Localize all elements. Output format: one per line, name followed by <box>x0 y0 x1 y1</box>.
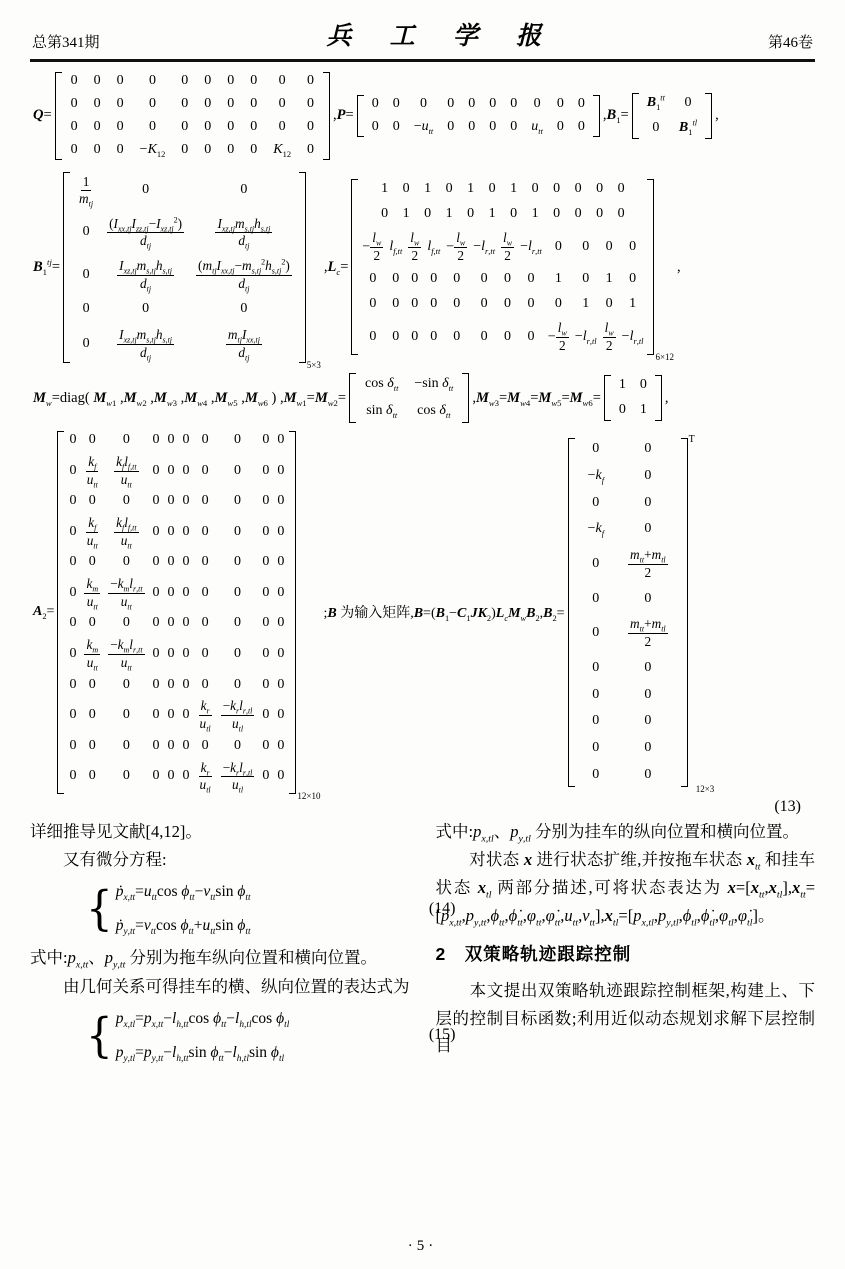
matrix-cell: 0 <box>273 758 288 796</box>
math-text: Mw=diag( Mw1 ,Mw2 ,Mw3 ,Mw4 ,Mw5 ,Mw6 ) … <box>33 390 346 407</box>
paragraph-where-tractor: 式中:px,tt、py,tt 分别为拖车纵向位置和横向位置。 <box>30 944 410 972</box>
matrix-cell: −kmlr,ttutt <box>104 574 148 612</box>
math-text: , <box>677 259 681 276</box>
matrix-cell: 0 <box>258 429 273 452</box>
matrix-cell: krutl <box>194 758 217 796</box>
matrix-body: 1mtj000(Ixx,tjIzz,tj−Ixz,tj2)dtjIxz,tjms… <box>71 170 298 366</box>
matrix-cell: kmutt <box>80 574 104 612</box>
matrix-cell: 0 <box>179 490 194 513</box>
matrix-cell: 0 <box>80 674 104 697</box>
matrix-cell: 0 <box>149 696 164 734</box>
matrix-cell: 1 <box>572 292 600 317</box>
matrix-cell: 0 <box>299 70 322 93</box>
matrix: 1001 <box>604 373 662 423</box>
matrix-cell: 0 <box>545 292 572 317</box>
matrix-cell: 0 <box>164 513 179 551</box>
matrix-cell: 0 <box>190 170 298 212</box>
left-column: 详细推导见文献[4,12]。 又有微分方程: { ṗx,tt=uttcos ϕt… <box>30 818 410 1071</box>
equation13-line-q-p-b1: Q=000000000000000000000000000000000−K120… <box>32 70 815 162</box>
matrix-cell: −krlr,tlutl <box>217 696 259 734</box>
right-bracket <box>681 438 688 787</box>
matrix-cell: 0 <box>616 708 680 735</box>
matrix-cell: 0 <box>424 292 443 317</box>
matrix-cell: 0 <box>196 93 219 116</box>
matrix-cell: −krlr,tlutl <box>217 758 259 796</box>
matrix-cell: 0 <box>258 735 273 758</box>
right-bracket <box>655 375 662 421</box>
matrix-cell: 0 <box>545 227 572 267</box>
matrix-cell: 0 <box>461 116 482 139</box>
matrix-cell: 0 <box>273 696 288 734</box>
matrix-dimensions: 12×3 <box>696 784 715 794</box>
matrix-cell: kfutt <box>80 452 104 490</box>
matrix-cell: 0 <box>470 317 498 357</box>
math-text: ,P= <box>333 107 354 124</box>
matrix: 00000000000kfuttkflf,ttutt00000000000000… <box>57 429 320 796</box>
matrix-cell: 0 <box>600 227 619 267</box>
matrix-cell: 0 <box>258 696 273 734</box>
matrix-cell: 0 <box>149 490 164 513</box>
matrix-cell: 0 <box>179 635 194 673</box>
right-bracket <box>647 179 654 355</box>
matrix-cell: 0 <box>65 513 80 551</box>
matrix-cell: 0 <box>86 116 109 139</box>
matrix-cell: 0 <box>109 93 132 116</box>
matrix-cell: 0 <box>164 551 179 574</box>
matrix-cell: 0 <box>498 292 517 317</box>
matrix-cell: −lr,tl <box>572 317 600 357</box>
math-text: , <box>715 107 719 124</box>
equation-13-number: (13) <box>30 798 815 816</box>
equation-15-lines: px,tl=px,tt−lh,ttcos ϕtt−lh,tlcos ϕtl py… <box>116 1006 290 1066</box>
matrix-cell: 0 <box>424 317 443 357</box>
matrix-cell: 0 <box>164 735 179 758</box>
matrix-cell: 0 <box>164 574 179 612</box>
matrix-cell: 0 <box>179 551 194 574</box>
matrix-cell: 0 <box>273 551 288 574</box>
matrix-body: 00−kf000−kf00mtt+mtl2000mtt+mtl200000000… <box>576 436 680 789</box>
matrix-cell: 0 <box>164 612 179 635</box>
matrix-cell: 0 <box>132 93 174 116</box>
matrix-cell: mtt+mtl2 <box>616 612 680 654</box>
matrix-cell: 0 <box>104 429 148 452</box>
equation-14-line-1: ṗx,tt=uttcos ϕtt−vttsin ϕtt <box>116 879 251 905</box>
equation-15-line-1: px,tl=px,tt−lh,ttcos ϕtt−lh,tlcos ϕtl <box>116 1006 290 1032</box>
matrix-cell: 0 <box>179 612 194 635</box>
matrix-cell: 0 <box>104 696 148 734</box>
matrix-cell: 0 <box>179 429 194 452</box>
matrix-cell: 0 <box>86 70 109 93</box>
matrix-cell: −kmlr,ttutt <box>104 635 148 673</box>
equation13-line-mw: Mw=diag( Mw1 ,Mw2 ,Mw3 ,Mw4 ,Mw5 ,Mw6 ) … <box>32 371 815 425</box>
matrix-transpose-mark: T <box>689 434 695 445</box>
journal-page: 总第341期 兵 工 学 报 第46卷 Q=000000000000000000… <box>0 0 845 1269</box>
equation-15: { px,tl=px,tt−lh,ttcos ϕtt−lh,tlcos ϕtl … <box>86 1006 466 1066</box>
page-header: 总第341期 兵 工 学 报 第46卷 <box>30 12 815 59</box>
equation-14-lines: ṗx,tt=uttcos ϕtt−vttsin ϕtt ṗy,tt=vttcos… <box>116 879 251 939</box>
volume-number: 第46卷 <box>768 31 813 52</box>
matrix-cell: 0 <box>104 551 148 574</box>
matrix-cell: −kf <box>576 516 616 543</box>
matrix-cell: 0 <box>65 735 80 758</box>
matrix-cell: 0 <box>273 574 288 612</box>
matrix-cell: 0 <box>386 317 405 357</box>
matrix-cell: 0 <box>258 574 273 612</box>
math-text: ,Mw3=Mw4=Mw5=Mw6= <box>472 390 601 407</box>
matrix-cell: 0 <box>242 93 265 116</box>
matrix-cell: 0 <box>258 452 273 490</box>
paragraph-geometry-intro: 由几何关系可得挂车的横、纵向位置的表达式为 <box>30 973 410 1001</box>
matrix-cell: −lr,tt <box>470 227 498 267</box>
matrix-cell: 0 <box>190 296 298 323</box>
matrix-cell: 0 <box>219 116 242 139</box>
matrix-cell: 0 <box>219 70 242 93</box>
matrix-cell: 0 <box>149 674 164 697</box>
matrix-cell: 0 <box>405 292 424 317</box>
matrix-cell: 0 <box>65 551 80 574</box>
matrix-cell: 0 <box>273 452 288 490</box>
right-bracket <box>462 373 469 423</box>
matrix-cell: 0 <box>616 586 680 613</box>
matrix-cell: 0 <box>65 574 80 612</box>
matrix-cell: 0 <box>194 574 217 612</box>
matrix-cell: 0 <box>194 513 217 551</box>
matrix-cell: 0 <box>63 93 86 116</box>
matrix-cell: 0 <box>149 635 164 673</box>
text-columns: 详细推导见文献[4,12]。 又有微分方程: { ṗx,tt=uttcos ϕt… <box>30 818 815 1071</box>
matrix-cell: 0 <box>265 70 299 93</box>
page-number: ·5· <box>408 1238 438 1254</box>
matrix-cell: mtjIxx,tjdtj <box>190 323 298 365</box>
matrix-cell: 0 <box>576 490 616 517</box>
left-bracket <box>349 373 356 423</box>
matrix-cell: 0 <box>101 296 190 323</box>
matrix-cell: 0 <box>196 139 219 162</box>
matrix-cell: 0 <box>65 758 80 796</box>
math-text: Q= <box>33 107 52 124</box>
matrix-cell: kflf,ttutt <box>104 513 148 551</box>
matrix-cell: 0 <box>265 93 299 116</box>
left-bracket <box>604 375 611 421</box>
matrix-cell: 0 <box>149 452 164 490</box>
matrix-cell: 0 <box>104 758 148 796</box>
matrix-cell: utt <box>524 116 550 139</box>
matrix-cell: 0 <box>571 116 592 139</box>
left-bracket <box>351 179 358 355</box>
paragraph-differential-intro: 又有微分方程: <box>30 846 410 874</box>
matrix-row: 1 0 1 0 1 0 1 0 0 0 0 0 <box>359 177 646 202</box>
matrix-cell: 0 <box>616 735 680 762</box>
page-footer: ·5· <box>0 1238 845 1255</box>
equation-14-line-2: ṗy,tt=vttcos ϕtt+uttsin ϕtt <box>116 913 251 939</box>
matrix-cell: 0 <box>194 674 217 697</box>
matrix-body: 00000000000kfuttkflf,ttutt00000000000000… <box>65 429 288 796</box>
matrix-cell: 0 <box>576 762 616 789</box>
matrix-cell: B1tt <box>640 91 672 116</box>
matrix-cell: 0 <box>273 429 288 452</box>
matrix-cell: 0 <box>258 758 273 796</box>
matrix-cell: 0 <box>258 674 273 697</box>
matrix-cell: 0 <box>217 490 259 513</box>
matrix-cell: Ixz,tjms,tjhs,tjdtj <box>190 212 298 254</box>
matrix-cell: 0 <box>365 93 386 116</box>
matrix-cell: 0 <box>517 267 545 292</box>
matrix-cell: 1 <box>545 267 572 292</box>
matrix-cell: 0 <box>194 551 217 574</box>
matrix-cell: 0 <box>359 317 386 357</box>
matrix-body: 1001 <box>612 373 654 423</box>
matrix-cell: 0 <box>194 490 217 513</box>
matrix-cell: lw2 <box>498 227 517 267</box>
matrix-cell: lf,tt <box>386 227 405 267</box>
matrix-cell: 0 <box>164 429 179 452</box>
matrix-cell: 0 <box>132 70 174 93</box>
equation13-line-a2-b2: A2=00000000000kfuttkflf,ttutt00000000000… <box>32 429 815 796</box>
matrix-cell: 0 <box>164 758 179 796</box>
matrix-cell: 0 <box>258 612 273 635</box>
matrix: 000000000000−utt0000utt00 <box>357 93 600 139</box>
matrix: 1 0 1 0 1 0 1 0 0 0 0 00 1 0 1 0 1 0 1 0… <box>351 177 674 357</box>
matrix-cell: 0 <box>258 551 273 574</box>
matrix-cell: 0 <box>164 635 179 673</box>
matrix-cell: 0 <box>273 735 288 758</box>
matrix-cell: 0 <box>63 70 86 93</box>
matrix-cell: 0 <box>65 429 80 452</box>
matrix-cell: 0 <box>194 735 217 758</box>
matrix-cell: 0 <box>80 429 104 452</box>
matrix-cell: 0 <box>273 612 288 635</box>
matrix-cell: −lw2 <box>443 227 470 267</box>
matrix-cell: 1 <box>619 292 647 317</box>
matrix-cell: 0 <box>217 452 259 490</box>
left-bracket <box>357 95 364 137</box>
matrix-cell: lf,tt <box>424 227 443 267</box>
matrix-cell: 0 <box>576 655 616 682</box>
matrix: cos δtt−sin δttsin δttcos δtt <box>349 371 469 425</box>
matrix: 1mtj000(Ixx,tjIzz,tj−Ixz,tj2)dtjIxz,tjms… <box>63 170 321 366</box>
matrix-cell: 0 <box>149 758 164 796</box>
matrix-cell: 0 <box>242 70 265 93</box>
matrix-cell: 0 <box>576 543 616 585</box>
matrix-cell: 0 <box>576 612 616 654</box>
matrix-cell: 0 <box>258 513 273 551</box>
matrix-cell: 0 <box>265 116 299 139</box>
matrix-cell: 0 <box>179 574 194 612</box>
math-text: ,Lc= <box>324 259 349 276</box>
matrix-cell: 0 <box>65 612 80 635</box>
matrix-cell: 0 <box>80 735 104 758</box>
matrix-cell: 0 <box>443 292 470 317</box>
matrix-cell: −lr,tt <box>517 227 545 267</box>
matrix-cell: 0 <box>386 93 407 116</box>
matrix-cell: 0 <box>672 91 704 116</box>
matrix-cell: 1 <box>633 398 654 423</box>
matrix-cell: 0 <box>470 267 498 292</box>
matrix-cell: −sin δtt <box>406 371 461 398</box>
matrix-cell: 0 <box>219 139 242 162</box>
matrix-cell: 0 <box>299 139 322 162</box>
right-bracket <box>705 93 712 139</box>
matrix: 000000000000000000000000000000000−K12000… <box>55 70 330 162</box>
matrix-cell: 0 <box>149 612 164 635</box>
matrix: B1tt00B1tl <box>632 91 712 141</box>
matrix-cell: 0 <box>550 116 571 139</box>
matrix-body: 000000000000000000000000000000000−K12000… <box>63 70 322 162</box>
matrix-cell: 0 <box>365 116 386 139</box>
matrix-cell: 0 <box>109 116 132 139</box>
matrix-cell: 0 <box>104 735 148 758</box>
matrix-cell: 0 <box>600 292 619 317</box>
journal-title: 兵 工 学 报 <box>310 16 557 52</box>
matrix-cell: 0 <box>576 586 616 613</box>
matrix-cell: 0 <box>424 267 443 292</box>
matrix-cell: 1mtj <box>71 170 101 212</box>
left-bracket <box>55 72 62 160</box>
matrix-cell: 0 <box>273 635 288 673</box>
matrix-cell: 0 <box>179 735 194 758</box>
matrix-cell: 0 <box>80 612 104 635</box>
matrix-cell: 0 <box>359 292 386 317</box>
left-bracket <box>632 93 639 139</box>
matrix-cell: 1 <box>600 267 619 292</box>
left-brace: { <box>86 888 113 930</box>
matrix-cell: −kf <box>576 463 616 490</box>
matrix-cell: 0 <box>179 674 194 697</box>
matrix-cell: 0 <box>616 682 680 709</box>
matrix-cell: 0 <box>498 317 517 357</box>
matrix-cell: 0 <box>164 674 179 697</box>
matrix-cell: (Ixx,tjIzz,tj−Ixz,tj2)dtj <box>101 212 190 254</box>
matrix-cell: 0 <box>217 574 259 612</box>
matrix-cell: 0 <box>219 93 242 116</box>
matrix-cell: 0 <box>65 635 80 673</box>
matrix-cell: 0 <box>149 429 164 452</box>
matrix-cell: 0 <box>194 452 217 490</box>
matrix-cell: 0 <box>179 696 194 734</box>
matrix-cell: 0 <box>299 116 322 139</box>
matrix-cell: Ixz,tjms,tjhs,tjdtj <box>101 323 190 365</box>
matrix-cell: 0 <box>633 373 654 398</box>
matrix-cell: 0 <box>149 551 164 574</box>
matrix-cell: 0 <box>405 267 424 292</box>
paragraph-derivation-ref: 详细推导见文献[4,12]。 <box>30 818 410 846</box>
matrix-cell: 0 <box>173 70 196 93</box>
matrix-cell: 0 <box>179 758 194 796</box>
matrix-cell: 0 <box>80 696 104 734</box>
matrix-cell: 0 <box>217 551 259 574</box>
matrix-cell: 0 <box>86 93 109 116</box>
matrix-cell: 0 <box>405 317 424 357</box>
matrix-cell: 0 <box>517 292 545 317</box>
matrix-cell: 0 <box>179 513 194 551</box>
matrix-cell: 0 <box>258 635 273 673</box>
matrix-cell: 1 <box>612 373 633 398</box>
matrix-cell: 0 <box>482 116 503 139</box>
paragraph-where-trailer: 式中:px,tl、py,tl 分别为挂车的纵向位置和横向位置。 <box>436 818 816 846</box>
right-bracket <box>289 431 296 794</box>
matrix-cell: 0 <box>470 292 498 317</box>
matrix-cell: 0 <box>576 708 616 735</box>
matrix-cell: 0 <box>217 513 259 551</box>
math-text: ,B1= <box>603 107 629 124</box>
matrix-cell: 0 <box>576 436 616 463</box>
matrix-cell: 0 <box>242 116 265 139</box>
matrix-cell: 0 <box>612 398 633 423</box>
matrix-cell: 0 <box>149 574 164 612</box>
matrix-cell: 0 <box>571 93 592 116</box>
equation-15-line-2: py,tl=py,tt−lh,ttsin ϕtt−lh,tlsin ϕtl <box>116 1040 290 1066</box>
matrix-cell: 0 <box>217 735 259 758</box>
left-bracket <box>568 438 575 787</box>
matrix-cell: −K12 <box>132 139 174 162</box>
matrix-cell: 0 <box>242 139 265 162</box>
matrix-cell: 0 <box>71 323 101 365</box>
matrix-cell: 0 <box>71 212 101 254</box>
issue-number: 总第341期 <box>32 31 100 52</box>
matrix-cell: 0 <box>482 93 503 116</box>
left-bracket <box>57 431 64 794</box>
matrix-cell: 0 <box>640 116 672 141</box>
left-bracket <box>63 172 70 364</box>
matrix-cell: 0 <box>616 463 680 490</box>
matrix-cell: 0 <box>86 139 109 162</box>
matrix-dimensions: 12×10 <box>297 791 320 801</box>
matrix-cell: −lr,tl <box>619 317 647 357</box>
matrix-cell: 0 <box>440 93 461 116</box>
matrix-cell: 0 <box>498 267 517 292</box>
right-bracket <box>323 72 330 160</box>
matrix-cell: 0 <box>503 116 524 139</box>
matrix-cell: cos δtt <box>357 371 406 398</box>
matrix-cell: cos δtt <box>406 398 461 425</box>
matrix: 00−kf000−kf00mtt+mtl2000mtt+mtl200000000… <box>568 436 715 789</box>
formula-block: Q=000000000000000000000000000000000−K120… <box>30 70 815 816</box>
matrix-cell: 0 <box>576 735 616 762</box>
matrix-cell: 0 <box>164 490 179 513</box>
matrix-cell: 0 <box>194 612 217 635</box>
equation13-line-b1tj-lc: B1tj=1mtj000(Ixx,tjIzz,tj−Ixz,tj2)dtjIxz… <box>32 170 815 366</box>
matrix-cell: −lw2 <box>545 317 572 357</box>
matrix-cell: lw2 <box>405 227 424 267</box>
matrix-cell: Ixz,tjms,tjhs,tjdtj <box>101 254 190 296</box>
right-column: 式中:px,tl、py,tl 分别为挂车的纵向位置和横向位置。 对状态 x 进行… <box>436 818 816 1071</box>
matrix-cell: 0 <box>407 93 441 116</box>
matrix-cell: 0 <box>196 116 219 139</box>
matrix-cell: 0 <box>65 696 80 734</box>
matrix-cell: 0 <box>386 267 405 292</box>
matrix-body: cos δtt−sin δttsin δttcos δtt <box>357 371 461 425</box>
matrix-body: B1tt00B1tl <box>640 91 704 141</box>
matrix-cell: 0 <box>149 735 164 758</box>
matrix-cell: 0 <box>299 93 322 116</box>
paragraph-dual-strategy: 本文提出双策略轨迹跟踪控制框架,构建上、下层的控制目标函数;利用近似动态规划求解… <box>436 977 816 1060</box>
matrix-cell: 0 <box>132 116 174 139</box>
matrix-cell: krutl <box>194 696 217 734</box>
matrix-cell: K12 <box>265 139 299 162</box>
matrix-cell: 0 <box>109 70 132 93</box>
matrix-cell: 0 <box>173 139 196 162</box>
matrix-cell: 0 <box>616 490 680 517</box>
matrix-cell: mtt+mtl2 <box>616 543 680 585</box>
matrix-cell: 0 <box>386 292 405 317</box>
matrix-cell: 0 <box>619 267 647 292</box>
matrix-cell: −utt <box>407 116 441 139</box>
matrix-body: 1 0 1 0 1 0 1 0 0 0 0 00 1 0 1 0 1 0 1 0… <box>359 177 646 357</box>
matrix-cell: 0 <box>461 93 482 116</box>
matrix-cell: 0 <box>217 635 259 673</box>
matrix-cell: 0 <box>194 429 217 452</box>
matrix-cell: −lw2 <box>359 227 386 267</box>
